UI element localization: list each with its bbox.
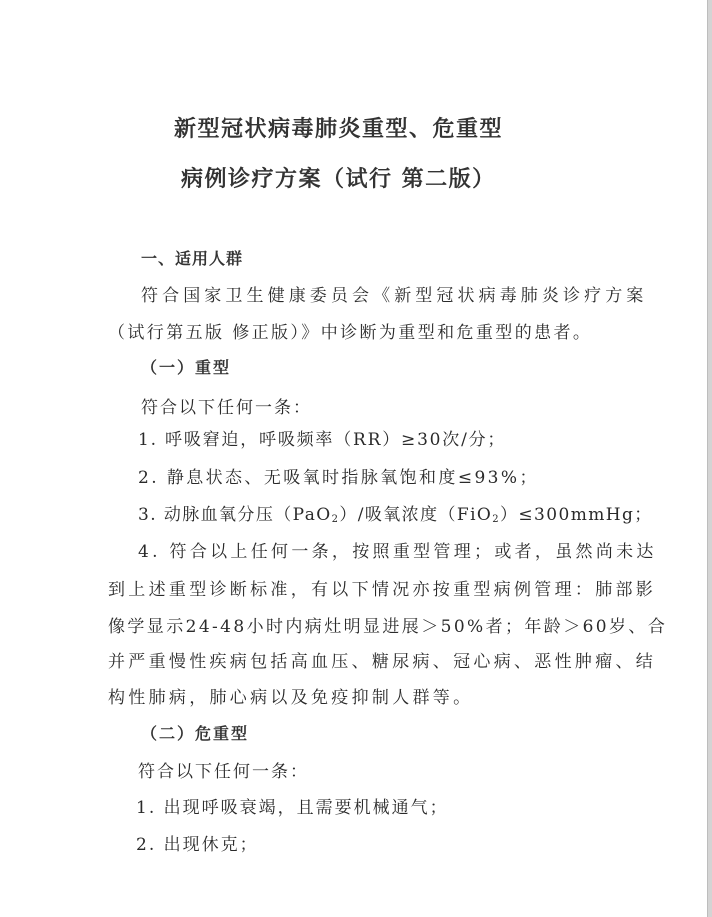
criteria-text: 3. 动脉血氧分压（PaO <box>138 505 332 525</box>
document-title-line-1: 新型冠状病毒肺炎重型、危重型 <box>174 116 503 144</box>
paragraph-line: 构性肺病，肺心病以及免疫抑制人群等。 <box>108 687 473 709</box>
page-edge-shadow <box>707 0 712 917</box>
criteria-item: 3. 动脉血氧分压（PaO2）/吸氧浓度（FiO2）≤300mmHg； <box>138 504 653 531</box>
criteria-item: 1. 呼吸窘迫，呼吸频率（RR）≥30次/分； <box>138 429 506 451</box>
document-page: 新型冠状病毒肺炎重型、危重型 病例诊疗方案（试行 第二版） 一、适用人群 符合国… <box>0 0 708 917</box>
criteria-item: 2. 静息状态、无吸氧时指脉氧饱和度≤93%； <box>138 467 539 489</box>
subsection-heading-severe: （一）重型 <box>141 357 231 379</box>
document-title-line-2: 病例诊疗方案（试行 第二版） <box>181 166 496 194</box>
criteria-text: ）≤300mmHg； <box>500 505 653 525</box>
criteria-intro: 符合以下任何一条： <box>138 761 309 783</box>
subsection-heading-critical: （二）危重型 <box>141 723 249 745</box>
paragraph-line: （试行第五版 修正版）》中诊断为重型和危重型的患者。 <box>108 322 592 344</box>
criteria-intro: 符合以下任何一条： <box>141 397 312 419</box>
subscript: 2 <box>492 514 500 525</box>
paragraph-line: 像学显示24-48小时内病灶明显进展＞50%者；年龄＞60岁、合 <box>108 616 667 638</box>
paragraph-line: 符合国家卫生健康委员会《新型冠状病毒肺炎诊疗方案 <box>141 285 647 307</box>
criteria-text: ）/吸氧浓度（FiO <box>339 505 492 525</box>
paragraph-line: 4. 符合以上任何一条，按照重型管理；或者，虽然尚未达 <box>138 541 657 563</box>
section-heading-applicable-population: 一、适用人群 <box>141 248 243 270</box>
paragraph-line: 到上述重型诊断标准，有以下情况亦按重型病例管理：肺部影 <box>108 579 656 601</box>
criteria-item: 2. 出现休克； <box>136 834 259 856</box>
criteria-item: 1. 出现呼吸衰竭，且需要机械通气； <box>136 797 449 819</box>
paragraph-line: 并严重慢性疾病包括高血压、糖尿病、冠心病、恶性肿瘤、结 <box>108 651 656 673</box>
